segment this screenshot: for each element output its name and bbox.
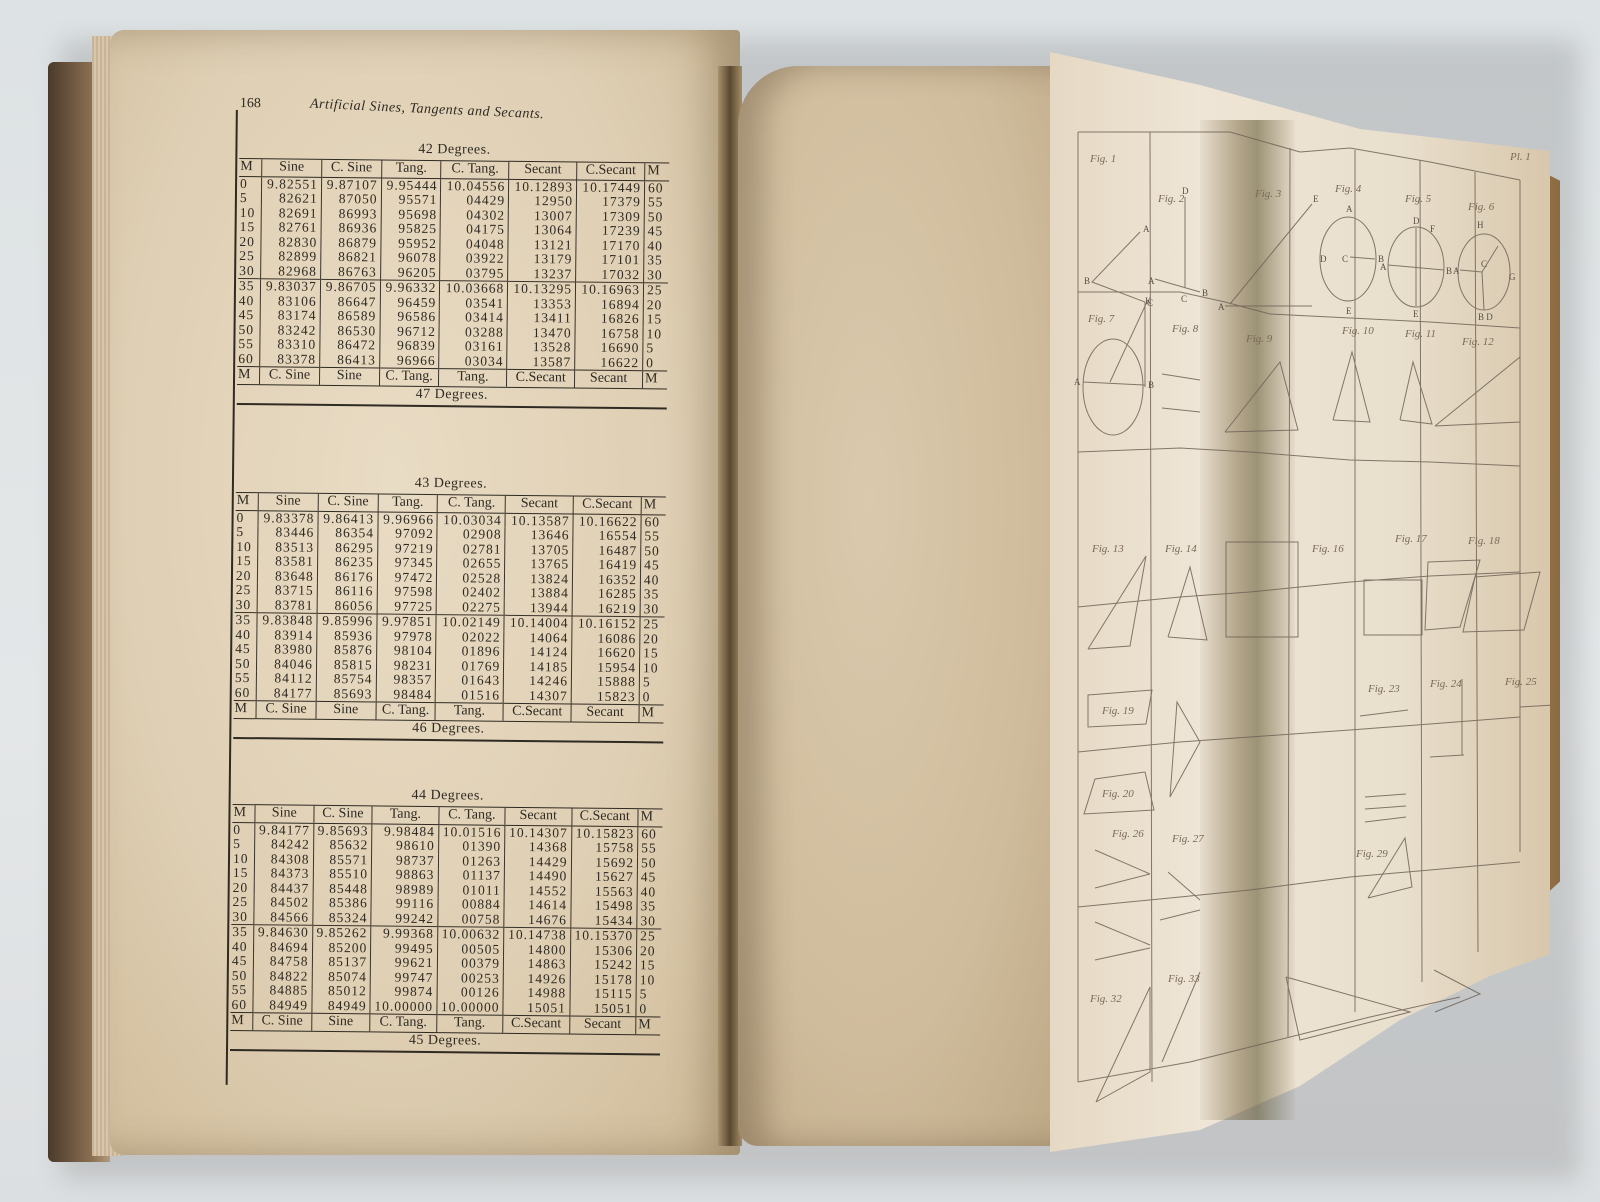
minutes-cell: 10 — [235, 539, 258, 554]
minutes-cell: 50 — [231, 968, 254, 983]
value-cell: 9.96332 — [380, 280, 440, 296]
value-cell: 9.86413 — [318, 511, 378, 527]
minutes-cell: 50 — [641, 544, 666, 559]
minutes-cell: 35 — [231, 924, 254, 939]
minutes-cell: 60 — [638, 826, 663, 841]
minutes-cell: 10 — [239, 205, 262, 220]
value-cell: 14614 — [504, 898, 571, 913]
column-footer: M — [642, 371, 667, 388]
value-cell: 86763 — [320, 264, 380, 280]
value-cell: 13179 — [508, 252, 576, 267]
value-cell: 85510 — [313, 867, 372, 882]
value-cell: 85386 — [313, 896, 372, 911]
svg-text:B: B — [1084, 276, 1090, 286]
value-cell: 97345 — [377, 555, 437, 570]
minutes-cell: 40 — [644, 239, 669, 254]
value-cell: 01516 — [436, 688, 504, 704]
column-footer: M — [230, 1012, 253, 1029]
value-cell: 96205 — [380, 265, 440, 281]
value-cell: 10.15370 — [570, 928, 637, 944]
value-cell: 16554 — [573, 529, 641, 544]
svg-text:Fig. 24: Fig. 24 — [1429, 678, 1462, 690]
minutes-cell: 0 — [643, 356, 668, 371]
value-cell: 10.12893 — [509, 179, 577, 195]
value-cell: 96586 — [380, 309, 440, 324]
minutes-cell: 30 — [238, 263, 261, 278]
value-cell: 86413 — [319, 352, 379, 368]
column-footer: Tang. — [435, 703, 503, 721]
column-header: C. Tang. — [439, 807, 506, 825]
value-cell: 12950 — [509, 194, 577, 209]
value-cell: 85632 — [313, 838, 372, 853]
value-cell: 10.04556 — [441, 178, 509, 194]
value-cell: 15051 — [569, 1001, 636, 1017]
minutes-cell: 30 — [640, 602, 665, 617]
value-cell: 13765 — [505, 557, 573, 572]
svg-text:A: A — [1148, 276, 1155, 286]
column-header: Secant — [505, 496, 573, 514]
minutes-cell: 10 — [639, 661, 664, 676]
value-cell: 97725 — [377, 599, 437, 615]
svg-text:Fig. 3: Fig. 3 — [1254, 188, 1282, 200]
minutes-cell: 25 — [640, 617, 665, 632]
value-cell: 82968 — [261, 264, 321, 280]
value-cell: 10.16963 — [576, 282, 644, 298]
value-cell: 9.84630 — [254, 925, 313, 941]
minutes-cell: 45 — [644, 224, 669, 239]
column-header: Sine — [255, 805, 314, 823]
value-cell: 97092 — [377, 526, 437, 541]
value-cell: 9.98484 — [372, 823, 439, 839]
value-cell: 83715 — [257, 583, 317, 598]
value-cell: 9.82551 — [262, 176, 322, 192]
blank-flyleaf — [738, 66, 1068, 1146]
minutes-cell: 45 — [238, 308, 261, 323]
value-cell: 14246 — [504, 674, 572, 689]
value-cell: 10.14004 — [504, 615, 572, 631]
value-cell: 01137 — [438, 868, 505, 883]
column-footer: Secant — [571, 704, 639, 722]
value-cell: 99116 — [371, 896, 438, 911]
value-cell: 10.03034 — [437, 512, 505, 528]
value-cell: 15627 — [571, 870, 638, 885]
value-cell: 02275 — [437, 600, 505, 616]
value-cell: 99242 — [371, 911, 438, 927]
degree-section: 42 Degrees.MSineC. SineTang.C. Tang.Seca… — [237, 140, 670, 409]
column-header: C.Secant — [577, 163, 645, 181]
trig-table: MSineC. SineTang.C. Tang.SecantC.SecantM… — [233, 493, 665, 722]
column-header: M — [645, 163, 670, 180]
value-cell: 83174 — [260, 308, 320, 323]
minutes-cell: 40 — [238, 293, 261, 308]
value-cell: 17239 — [576, 224, 644, 239]
value-cell: 10.13295 — [508, 281, 576, 297]
minutes-cell: 15 — [636, 958, 661, 973]
svg-text:Fig. 23: Fig. 23 — [1367, 683, 1400, 695]
svg-text:K: K — [1145, 296, 1152, 306]
column-header: M — [239, 159, 262, 176]
svg-text:E: E — [1413, 309, 1419, 319]
value-cell: 02402 — [437, 585, 505, 600]
minutes-cell: 25 — [643, 283, 668, 298]
value-cell: 14988 — [503, 986, 570, 1001]
svg-text:Fig. 26: Fig. 26 — [1111, 828, 1144, 840]
column-footer: Secant — [569, 1016, 636, 1034]
value-cell: 15888 — [571, 675, 639, 690]
value-cell: 86821 — [321, 250, 381, 265]
value-cell: 14124 — [504, 645, 572, 660]
column-footer: C. Tang. — [370, 1014, 437, 1032]
svg-text:Fig. 25: Fig. 25 — [1504, 676, 1537, 688]
value-cell: 13884 — [504, 586, 572, 601]
svg-text:D: D — [1182, 186, 1189, 196]
value-cell: 00126 — [437, 985, 504, 1000]
value-cell: 10.14307 — [505, 825, 572, 841]
degree-section: 43 Degrees.MSineC. SineTang.C. Tang.Seca… — [233, 474, 666, 743]
minutes-cell: 60 — [234, 685, 257, 700]
column-footer: M — [639, 705, 664, 722]
column-footer: C.Secant — [503, 703, 571, 721]
trig-table: MSineC. SineTang.C. Tang.SecantC.SecantM… — [237, 159, 669, 388]
minutes-cell: 30 — [231, 909, 254, 924]
minutes-cell: 55 — [638, 841, 663, 856]
minutes-cell: 55 — [641, 529, 666, 544]
value-cell: 9.86705 — [320, 279, 380, 295]
svg-text:Fig. 14: Fig. 14 — [1164, 543, 1197, 555]
value-cell: 15498 — [570, 899, 637, 914]
value-cell: 82899 — [261, 249, 321, 264]
value-cell: 17101 — [576, 253, 644, 268]
column-footer: Sine — [316, 701, 376, 719]
minutes-cell: 20 — [232, 880, 255, 895]
minutes-cell: 15 — [235, 554, 258, 569]
svg-text:Fig. 1: Fig. 1 — [1089, 153, 1116, 165]
minutes-cell: 5 — [636, 987, 661, 1002]
value-cell: 15434 — [570, 913, 637, 929]
value-cell: 13944 — [504, 600, 572, 616]
minutes-cell: 45 — [641, 558, 666, 573]
value-cell: 15823 — [571, 689, 639, 705]
value-cell: 87050 — [321, 192, 381, 207]
value-cell: 84885 — [253, 983, 312, 998]
value-cell: 17379 — [576, 195, 644, 210]
minutes-cell: 35 — [637, 899, 662, 914]
svg-text:Fig. 13: Fig. 13 — [1091, 543, 1124, 555]
value-cell: 13237 — [508, 266, 576, 282]
svg-text:E: E — [1313, 194, 1319, 204]
value-cell: 9.96966 — [378, 511, 438, 527]
minutes-cell: 20 — [636, 944, 661, 959]
svg-text:Fig. 8: Fig. 8 — [1171, 323, 1199, 335]
value-cell: 02655 — [437, 556, 505, 571]
value-cell: 10.13587 — [505, 513, 573, 529]
value-cell: 15115 — [570, 987, 637, 1002]
value-cell: 15758 — [571, 841, 638, 856]
column-footer: M — [636, 1017, 661, 1034]
svg-text:A: A — [1380, 262, 1387, 272]
svg-text:F: F — [1430, 224, 1435, 234]
minutes-cell: 15 — [239, 220, 262, 235]
minutes-cell: 35 — [644, 253, 669, 268]
value-cell: 9.85693 — [313, 823, 372, 839]
value-cell: 85693 — [316, 686, 376, 702]
svg-text:Fig. 6: Fig. 6 — [1467, 201, 1495, 213]
svg-text:Fig. 12: Fig. 12 — [1461, 336, 1494, 348]
value-cell: 85324 — [312, 910, 371, 926]
minutes-cell: 0 — [232, 822, 255, 837]
svg-text:A: A — [1143, 224, 1150, 234]
minutes-cell: 40 — [640, 573, 665, 588]
minutes-cell: 60 — [237, 351, 260, 366]
value-cell: 9.85996 — [317, 613, 377, 629]
column-header: Tang. — [378, 494, 438, 512]
minutes-cell: 0 — [639, 690, 664, 705]
svg-text:Pl. 1: Pl. 1 — [1509, 151, 1531, 163]
value-cell: 13646 — [505, 528, 573, 543]
svg-text:C: C — [1181, 294, 1187, 304]
value-cell: 83781 — [257, 598, 317, 614]
column-header: M — [638, 809, 663, 826]
minutes-cell: 20 — [238, 234, 261, 249]
minutes-cell: 10 — [636, 973, 661, 988]
value-cell: 9.83848 — [257, 613, 317, 629]
svg-text:G: G — [1509, 272, 1516, 282]
value-cell: 96839 — [379, 338, 439, 353]
value-cell: 16419 — [573, 558, 641, 573]
value-cell: 16285 — [572, 587, 640, 602]
minutes-cell: 55 — [644, 195, 669, 210]
minutes-cell: 25 — [235, 583, 258, 598]
value-cell: 14490 — [504, 869, 571, 884]
value-cell: 84502 — [254, 895, 313, 910]
value-cell: 83581 — [258, 554, 318, 569]
value-cell: 00884 — [438, 897, 505, 912]
minutes-cell: 55 — [231, 983, 254, 998]
value-cell: 04175 — [440, 222, 508, 237]
value-cell: 01896 — [436, 644, 504, 659]
minutes-cell: 30 — [637, 914, 662, 929]
value-cell: 86472 — [320, 338, 380, 353]
value-cell: 85754 — [316, 672, 376, 687]
value-cell: 98357 — [376, 672, 436, 687]
minutes-cell: 40 — [637, 885, 662, 900]
column-header: M — [232, 805, 255, 822]
column-header: Sine — [258, 493, 318, 511]
minutes-cell: 25 — [231, 895, 254, 910]
minutes-cell: 0 — [239, 176, 262, 191]
value-cell: 14863 — [503, 957, 570, 972]
svg-text:Fig. 7: Fig. 7 — [1087, 313, 1115, 325]
svg-text:Fig. 5: Fig. 5 — [1404, 193, 1432, 205]
svg-text:H: H — [1477, 220, 1484, 230]
value-cell: 13411 — [507, 311, 575, 326]
minutes-cell: 40 — [231, 939, 254, 954]
value-cell: 15051 — [503, 1000, 570, 1016]
value-cell: 85012 — [312, 984, 371, 999]
svg-text:Fig. 20: Fig. 20 — [1101, 788, 1134, 800]
value-cell: 99874 — [370, 984, 437, 999]
value-cell: 84758 — [253, 954, 312, 969]
value-cell: 10.16622 — [573, 514, 641, 530]
column-header: C. Tang. — [438, 495, 506, 513]
value-cell: 9.97851 — [377, 614, 437, 630]
value-cell: 82761 — [261, 220, 321, 235]
minutes-cell: 20 — [643, 298, 668, 313]
svg-text:Fig. 16: Fig. 16 — [1311, 543, 1344, 555]
svg-text:A: A — [1346, 204, 1353, 214]
value-cell: 10.03668 — [440, 281, 508, 297]
column-footer: C. Sine — [256, 701, 316, 719]
value-cell: 14368 — [505, 840, 572, 855]
value-cell: 98484 — [376, 687, 436, 703]
svg-text:B D: B D — [1478, 312, 1493, 322]
value-cell: 84949 — [311, 998, 370, 1014]
minutes-cell: 35 — [640, 587, 665, 602]
minutes-cell: 55 — [234, 671, 257, 686]
column-footer: C.Secant — [503, 1015, 570, 1033]
svg-text:Fig. 9: Fig. 9 — [1245, 333, 1273, 345]
value-cell: 01390 — [438, 839, 505, 854]
value-cell: 10.00000 — [437, 1000, 504, 1016]
value-cell: 9.85262 — [312, 925, 371, 941]
minutes-cell: 50 — [637, 856, 662, 871]
minutes-cell: 20 — [640, 632, 665, 647]
value-cell: 10.01516 — [438, 824, 505, 840]
value-cell: 9.95444 — [381, 177, 441, 193]
value-cell: 96966 — [379, 353, 439, 369]
value-cell: 16620 — [572, 646, 640, 661]
minutes-cell: 30 — [644, 268, 669, 283]
value-cell: 84373 — [254, 866, 313, 881]
svg-text:Fig. 32: Fig. 32 — [1089, 993, 1122, 1005]
value-cell: 10.14738 — [504, 927, 571, 943]
minutes-cell: 35 — [238, 278, 261, 293]
minutes-cell: 15 — [640, 646, 665, 661]
value-cell: 16219 — [572, 601, 640, 617]
value-cell: 10.00000 — [370, 999, 437, 1015]
minutes-cell: 5 — [239, 191, 262, 206]
svg-text:A: A — [1074, 377, 1081, 387]
column-footer: Tang. — [436, 1015, 503, 1033]
value-cell: 10.02149 — [436, 615, 504, 631]
minutes-cell: 45 — [234, 642, 257, 657]
trig-table: MSineC. SineTang.C. Tang.SecantC.SecantM… — [230, 805, 662, 1034]
value-cell: 98610 — [372, 838, 439, 853]
page-number: 168 — [240, 96, 261, 112]
value-cell: 9.99368 — [371, 926, 438, 942]
minutes-cell: 5 — [639, 675, 664, 690]
column-footer: Secant — [575, 370, 643, 388]
column-footer: C.Secant — [507, 369, 575, 387]
value-cell: 03161 — [439, 339, 507, 354]
column-header: Tang. — [381, 160, 441, 178]
minutes-cell: 35 — [234, 612, 257, 627]
svg-text:D: D — [1320, 254, 1327, 264]
value-cell: 96078 — [380, 250, 440, 265]
svg-text:Fig. 19: Fig. 19 — [1101, 705, 1134, 717]
value-cell: 99621 — [371, 955, 438, 970]
value-cell: 86354 — [318, 526, 378, 541]
value-cell: 03034 — [439, 354, 507, 370]
svg-text:B: B — [1148, 380, 1154, 390]
value-cell: 84177 — [256, 686, 316, 702]
value-cell: 13528 — [507, 340, 575, 355]
svg-text:C: C — [1481, 259, 1487, 269]
minutes-cell: 10 — [643, 327, 668, 342]
svg-text:D: D — [1413, 216, 1420, 226]
value-cell: 9.84177 — [255, 822, 314, 838]
value-cell: 01643 — [436, 673, 504, 688]
value-cell: 95825 — [381, 221, 441, 236]
minutes-cell: 25 — [238, 249, 261, 264]
value-cell: 83378 — [260, 352, 320, 368]
value-cell: 86235 — [317, 555, 377, 570]
svg-text:Fig. 11: Fig. 11 — [1404, 328, 1436, 340]
value-cell: 84112 — [256, 671, 316, 686]
svg-text:A: A — [1453, 266, 1460, 276]
minutes-cell: 60 — [230, 997, 253, 1012]
value-cell: 15242 — [570, 958, 637, 973]
geometry-figures: Fig. 1 Fig. 2 Fig. 3 Fig. 4 Fig. 5 Fig. … — [1050, 52, 1550, 1152]
minutes-cell: 5 — [643, 341, 668, 356]
value-cell: 98863 — [371, 867, 438, 882]
value-cell: 9.83378 — [258, 510, 318, 526]
column-header: Sine — [262, 159, 322, 177]
minutes-cell: 55 — [237, 337, 260, 352]
svg-text:E: E — [1346, 306, 1352, 316]
value-cell: 84242 — [255, 837, 314, 852]
column-header: C. Sine — [321, 160, 381, 178]
minutes-cell: 50 — [237, 322, 260, 337]
minutes-cell: 30 — [235, 597, 258, 612]
minutes-cell: 15 — [643, 312, 668, 327]
value-cell: 82621 — [261, 191, 321, 206]
svg-text:Fig. 33: Fig. 33 — [1167, 973, 1200, 985]
value-cell: 16826 — [575, 312, 643, 327]
column-footer: C. Tang. — [376, 702, 436, 720]
value-cell: 86936 — [321, 221, 381, 236]
value-cell: 14676 — [504, 912, 571, 928]
section-footer: 47 Degrees. — [237, 383, 667, 409]
minutes-cell: 5 — [232, 837, 255, 852]
column-header: C. Tang. — [441, 161, 509, 179]
value-cell: 16690 — [575, 341, 643, 356]
value-cell: 83980 — [257, 642, 317, 657]
minutes-cell: 10 — [232, 851, 255, 866]
column-header: C.Secant — [573, 497, 641, 515]
column-footer: Sine — [319, 367, 379, 385]
svg-text:A: A — [1218, 302, 1225, 312]
minutes-cell: 40 — [234, 627, 257, 642]
minutes-cell: 5 — [235, 525, 258, 540]
column-footer: C. Sine — [259, 367, 319, 385]
svg-text:Fig. 27: Fig. 27 — [1171, 833, 1204, 845]
value-cell: 00379 — [437, 956, 504, 971]
column-header: Secant — [509, 162, 577, 180]
value-cell: 85876 — [316, 643, 376, 658]
value-cell: 98104 — [376, 643, 436, 658]
value-cell: 86116 — [317, 584, 377, 599]
column-header: C. Sine — [318, 494, 378, 512]
value-cell: 16622 — [575, 355, 643, 371]
minutes-cell: 60 — [644, 180, 669, 195]
minutes-cell: 45 — [637, 870, 662, 885]
value-cell: 14307 — [503, 688, 571, 704]
value-cell: 85137 — [312, 955, 371, 970]
value-cell: 10.16152 — [572, 616, 640, 632]
svg-text:Fig. 4: Fig. 4 — [1334, 183, 1362, 195]
minutes-cell: 50 — [234, 656, 257, 671]
